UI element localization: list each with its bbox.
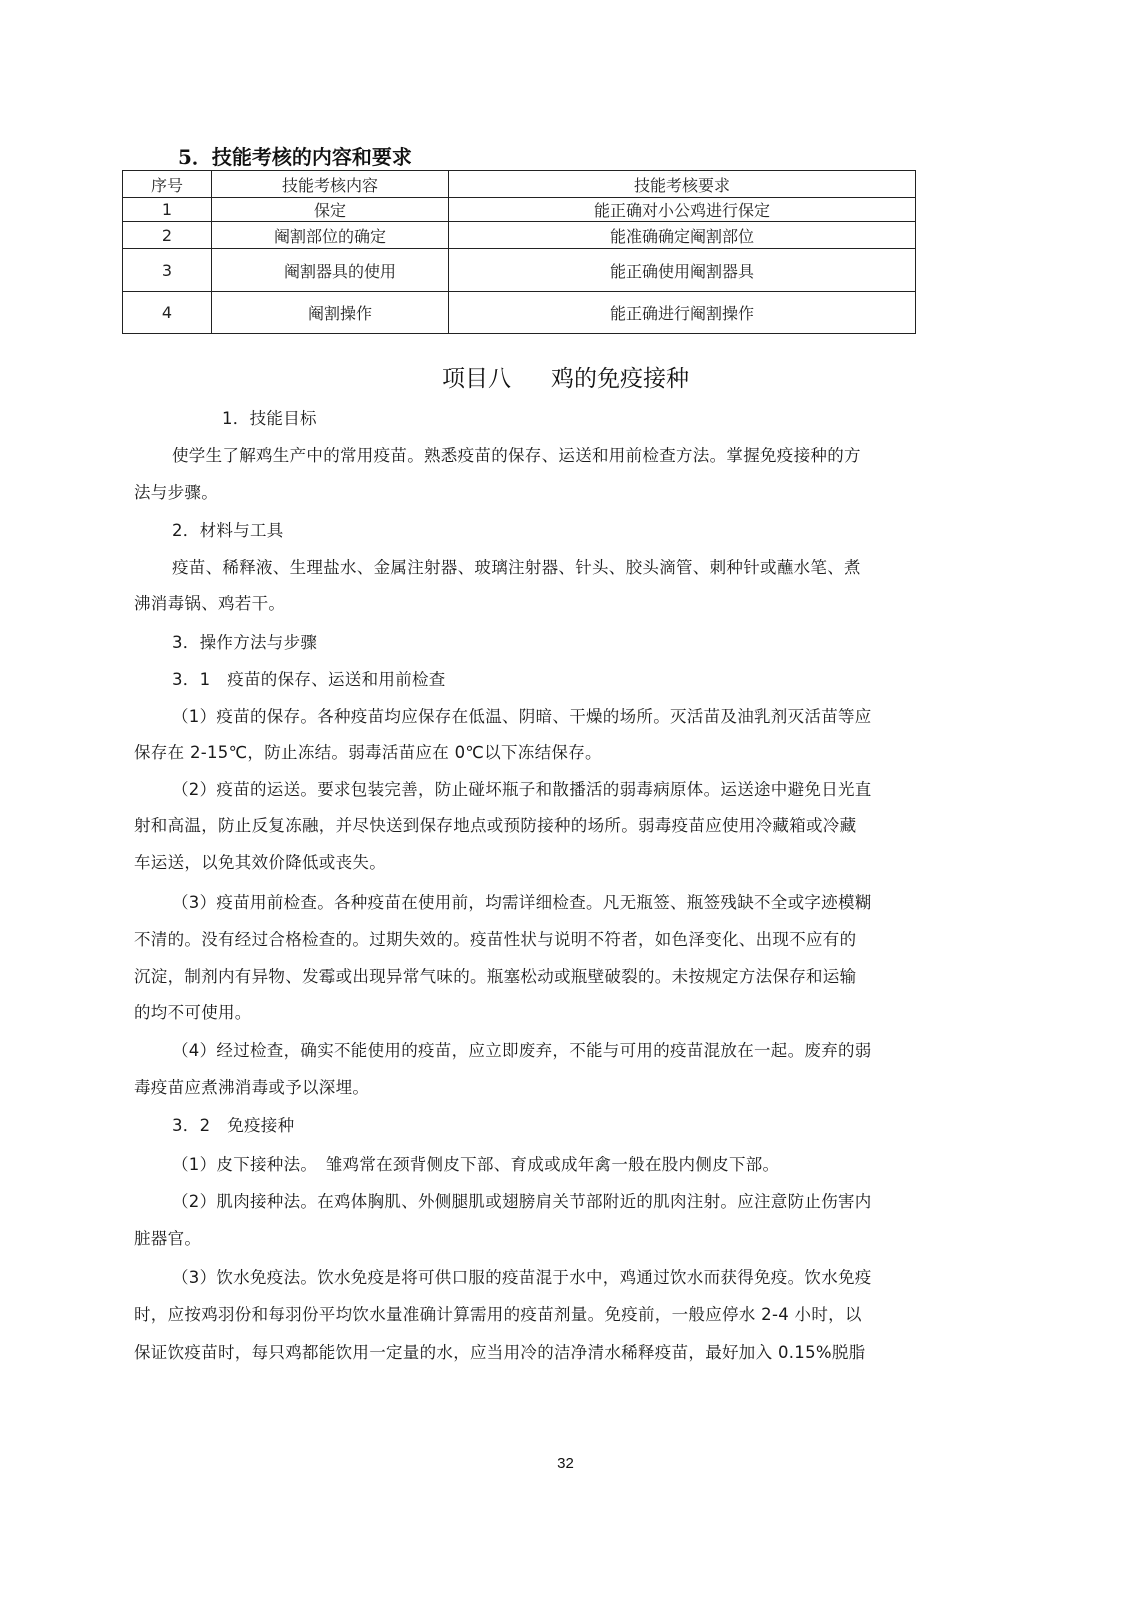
- paragraph-line: 保存在 2-15℃，防止冻结。弱毒活苗应在 0℃以下冻结保存。: [134, 739, 602, 763]
- paragraph-line: （1）疫苗的保存。各种疫苗均应保存在低温、阴暗、干燥的场所。灭活苗及油乳剂灭活苗…: [172, 703, 872, 727]
- paragraph-line: 沸消毒锅、鸡若干。: [134, 590, 285, 614]
- table-cell: 能准确确定阉割部位: [449, 222, 916, 249]
- paragraph-line: 射和高温，防止反复冻融，并尽快送到保存地点或预防接种的场所。弱毒疫苗应使用冷藏箱…: [134, 812, 856, 836]
- table-cell: 阉割操作: [212, 292, 449, 334]
- heading-skill-goals: 1．技能目标: [222, 405, 317, 429]
- project-title-prefix: 项目八: [442, 360, 511, 393]
- table-row: 3 阉割器具的使用 能正确使用阉割器具: [123, 249, 916, 292]
- paragraph-line: 不清的。没有经过合格检查的。过期失效的。疫苗性状与说明不符者，如色泽变化、出现不…: [134, 926, 856, 950]
- paragraph-line: （3）疫苗用前检查。各种疫苗在使用前，均需详细检查。凡无瓶签、瓶签残缺不全或字迹…: [172, 889, 872, 913]
- table-header-cell: 序号: [123, 171, 212, 198]
- paragraph-line: 使学生了解鸡生产中的常用疫苗。熟悉疫苗的保存、运送和用前检查方法。掌握免疫接种的…: [172, 442, 861, 466]
- table-header-row: 序号 技能考核内容 技能考核要求: [123, 171, 916, 198]
- page-number: 32: [0, 1455, 1131, 1472]
- subheading-immunization: 3．2 免疫接种: [172, 1112, 294, 1136]
- paragraph-line: 的均不可使用。: [134, 999, 252, 1023]
- paragraph-line: 沉淀，制剂内有异物、发霉或出现异常气味的。瓶塞松动或瓶壁破裂的。未按规定方法保存…: [134, 963, 856, 987]
- table-cell: 能正确对小公鸡进行保定: [449, 198, 916, 222]
- skills-assessment-table: 序号 技能考核内容 技能考核要求 1 保定 能正确对小公鸡进行保定 2 阉割部位…: [122, 170, 916, 334]
- table-cell: 保定: [212, 198, 449, 222]
- table-cell: 阉割器具的使用: [212, 249, 449, 292]
- project-title: 项目八鸡的免疫接种: [0, 360, 1131, 393]
- paragraph-line: 脏器官。: [134, 1225, 201, 1249]
- paragraph-line: （3）饮水免疫法。饮水免疫是将可供口服的疫苗混于水中，鸡通过饮水而获得免疫。饮水…: [172, 1264, 872, 1288]
- table-row: 1 保定 能正确对小公鸡进行保定: [123, 198, 916, 222]
- heading-materials: 2．材料与工具: [172, 517, 284, 541]
- paragraph-line: 时，应按鸡羽份和每羽份平均饮水量准确计算需用的疫苗剂量。免疫前，一般应停水 2-…: [134, 1301, 862, 1325]
- paragraph-line: 毒疫苗应煮沸消毒或予以深埋。: [134, 1074, 369, 1098]
- section-title: 5．技能考核的内容和要求: [178, 141, 412, 170]
- table-cell: 阉割部位的确定: [212, 222, 449, 249]
- paragraph-line: 法与步骤。: [134, 479, 218, 503]
- table-cell: 1: [123, 198, 212, 222]
- table-cell: 3: [123, 249, 212, 292]
- table-header-cell: 技能考核要求: [449, 171, 916, 198]
- paragraph-line: （1）皮下接种法。 雏鸡常在颈背侧皮下部、育成或成年禽一般在股内侧皮下部。: [172, 1151, 779, 1175]
- table-cell: 4: [123, 292, 212, 334]
- paragraph-line: （4）经过检查，确实不能使用的疫苗，应立即废弃，不能与可用的疫苗混放在一起。废弃…: [172, 1037, 872, 1061]
- table-cell: 能正确进行阉割操作: [449, 292, 916, 334]
- table-header-cell: 技能考核内容: [212, 171, 449, 198]
- paragraph-line: （2）疫苗的运送。要求包装完善，防止碰坏瓶子和散播活的弱毒病原体。运送途中避免日…: [172, 776, 872, 800]
- table-cell: 2: [123, 222, 212, 249]
- paragraph-line: 车运送，以免其效价降低或丧失。: [134, 849, 386, 873]
- paragraph-line: 疫苗、稀释液、生理盐水、金属注射器、玻璃注射器、针头、胶头滴管、刺种针或蘸水笔、…: [172, 554, 861, 578]
- heading-methods: 3．操作方法与步骤: [172, 629, 317, 653]
- subheading-vaccine-storage: 3．1 疫苗的保存、运送和用前检查: [172, 666, 446, 690]
- table-row: 2 阉割部位的确定 能准确确定阉割部位: [123, 222, 916, 249]
- paragraph-line: 保证饮疫苗时，每只鸡都能饮用一定量的水，应当用冷的洁净清水稀释疫苗，最好加入 0…: [134, 1339, 865, 1363]
- table-row: 4 阉割操作 能正确进行阉割操作: [123, 292, 916, 334]
- project-title-main: 鸡的免疫接种: [551, 360, 689, 393]
- paragraph-line: （2）肌肉接种法。在鸡体胸肌、外侧腿肌或翅膀肩关节部附近的肌肉注射。应注意防止伤…: [172, 1188, 872, 1212]
- table-cell: 能正确使用阉割器具: [449, 249, 916, 292]
